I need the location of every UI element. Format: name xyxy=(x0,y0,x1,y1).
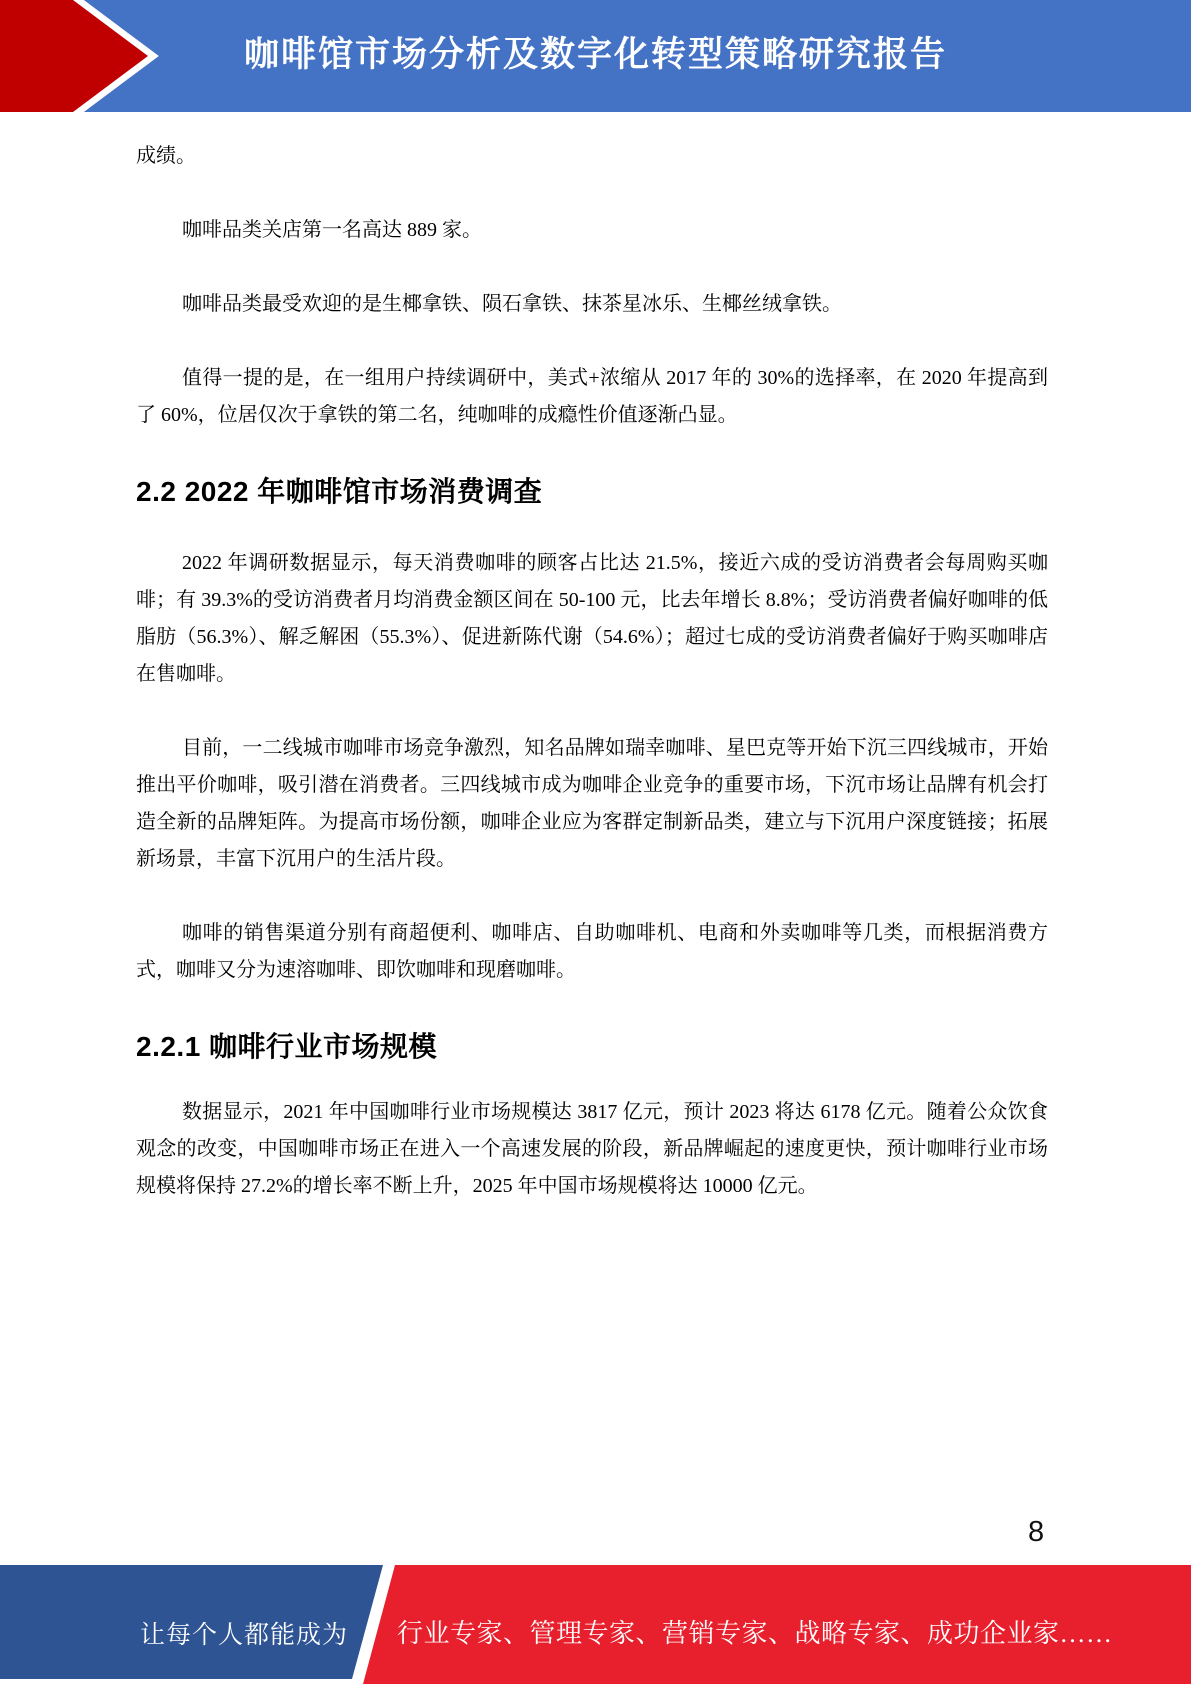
footer-blue-band: 让每个人都能成为 xyxy=(0,1565,400,1679)
footer-slogan-left: 让每个人都能成为 xyxy=(140,1615,348,1651)
footer-slogan-right: 行业专家、管理专家、营销专家、战略专家、成功企业家…… xyxy=(397,1613,1113,1650)
paragraph-market-sinking: 目前，一二线城市咖啡市场竞争激烈，知名品牌如瑞幸咖啡、星巴克等开始下沉三四线城市… xyxy=(136,730,1048,878)
paragraph-carryover: 成绩。 xyxy=(136,138,1048,175)
section-heading-2-2-1: 2.2.1 咖啡行业市场规模 xyxy=(136,1026,1048,1068)
paragraph-popular-drinks: 咖啡品类最受欢迎的是生椰拿铁、陨石拿铁、抹茶星冰乐、生椰丝绒拿铁。 xyxy=(136,286,1048,323)
paragraph-market-size: 数据显示，2021 年中国咖啡行业市场规模达 3817 亿元，预计 2023 将… xyxy=(136,1094,1048,1205)
paragraph-americano-trend: 值得一提的是，在一组用户持续调研中，美式+浓缩从 2017 年的 30%的选择率… xyxy=(136,360,1048,434)
section-heading-2-2: 2.2 2022 年咖啡馆市场消费调查 xyxy=(136,471,1048,513)
page-footer: 行业专家、管理专家、营销专家、战略专家、成功企业家…… 让每个人都能成为 xyxy=(0,1565,1191,1684)
page-number: 8 xyxy=(1028,1516,1044,1549)
document-content: 成绩。 咖啡品类关店第一名高达 889 家。 咖啡品类最受欢迎的是生椰拿铁、陨石… xyxy=(136,0,1048,1242)
paragraph-survey-2022: 2022 年调研数据显示，每天消费咖啡的顾客占比达 21.5%，接近六成的受访消… xyxy=(136,545,1048,693)
paragraph-closures: 咖啡品类关店第一名高达 889 家。 xyxy=(136,212,1048,249)
paragraph-sales-channels: 咖啡的销售渠道分别有商超便利、咖啡店、自助咖啡机、电商和外卖咖啡等几类，而根据消… xyxy=(136,915,1048,989)
